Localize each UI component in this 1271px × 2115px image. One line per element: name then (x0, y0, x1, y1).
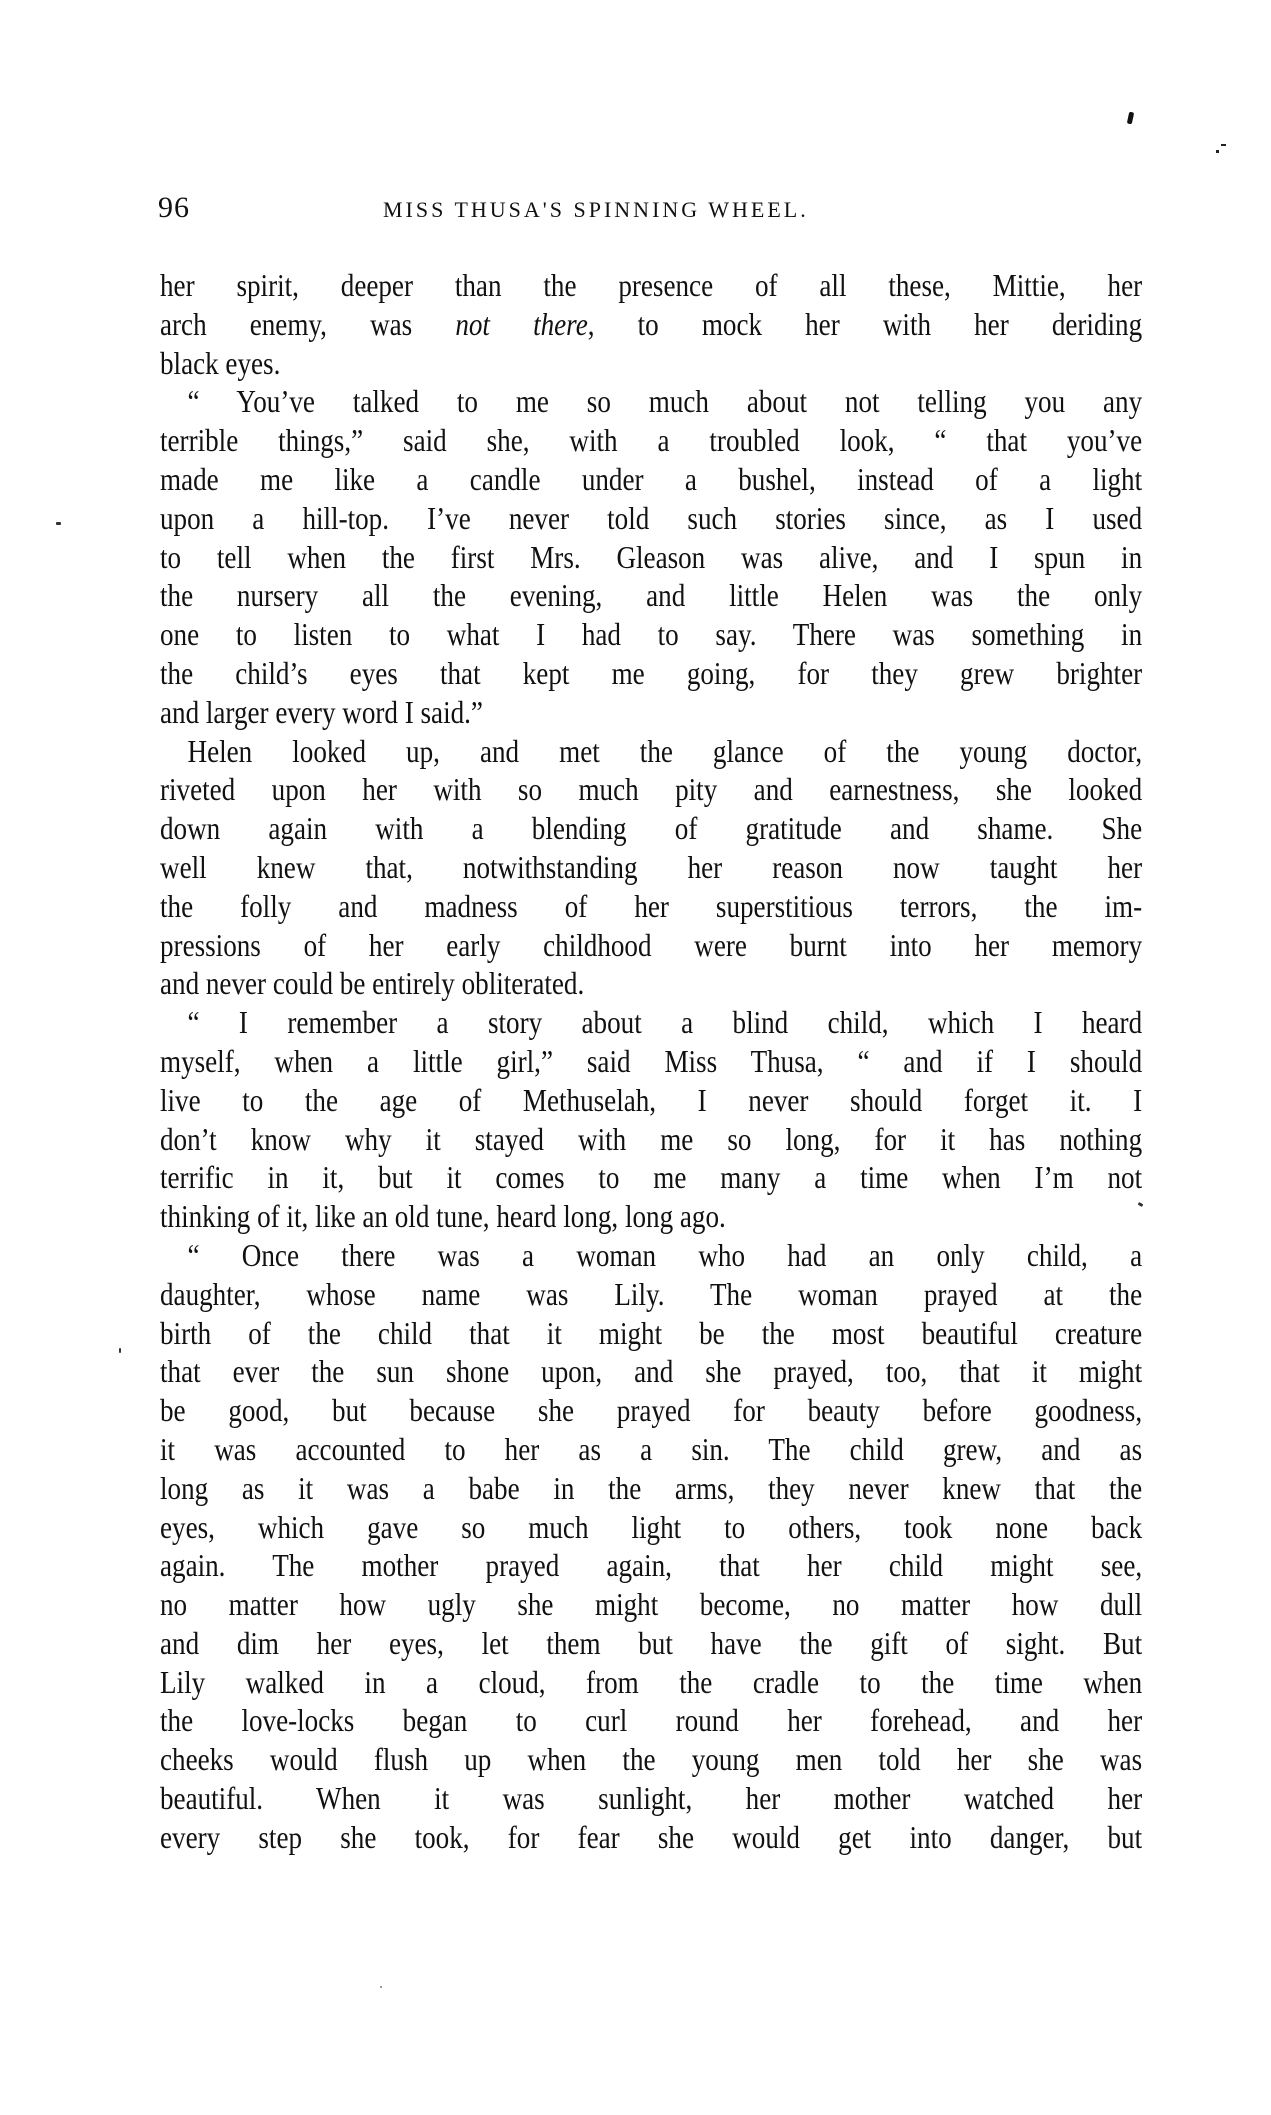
text-line: don’t know why it stayed with me so long… (160, 1121, 1142, 1160)
body-text: her spirit, deeper than the presence of … (160, 267, 1005, 1858)
text-line: the nursery all the evening, and little … (160, 577, 1142, 616)
margin-mark (56, 522, 61, 525)
text-line: the folly and madness of her superstitio… (160, 888, 1142, 927)
text-line: black eyes. (160, 345, 1142, 384)
text-line: it was accounted to her as a sin. The ch… (160, 1431, 1142, 1470)
stray-ink-mark (1127, 112, 1134, 125)
running-head: 96 Miss Thusa's Spinning Wheel. (158, 190, 1138, 226)
text-line: well knew that, notwithstanding her reas… (160, 849, 1142, 888)
text-line: one to listen to what I had to say. Ther… (160, 616, 1142, 655)
text-line: arch enemy, was not there, to mock her w… (160, 306, 1142, 345)
text-line: that ever the sun shone upon, and she pr… (160, 1353, 1142, 1392)
text-line: every step she took, for fear she would … (160, 1819, 1142, 1858)
text-line: myself, when a little girl,” said Miss T… (160, 1043, 1142, 1082)
text-line: down again with a blending of gratitude … (160, 810, 1142, 849)
text-line: long as it was a babe in the arms, they … (160, 1470, 1142, 1509)
text-line: Lily walked in a cloud, from the cradle … (160, 1664, 1142, 1703)
text-line: pressions of her early childhood were bu… (160, 927, 1142, 966)
text-line: cheeks would flush up when the young men… (160, 1741, 1142, 1780)
book-page: 96 Miss Thusa's Spinning Wheel. her spir… (0, 0, 1271, 2115)
text-line: terrible things,” said she, with a troub… (160, 422, 1142, 461)
text-line: and never could be entirely obliterated. (160, 965, 1142, 1004)
text-line: eyes, which gave so much light to others… (160, 1509, 1142, 1548)
page-number: 96 (158, 190, 190, 226)
text-line: no matter how ugly she might become, no … (160, 1586, 1142, 1625)
text-line: live to the age of Methuselah, I never s… (160, 1082, 1142, 1121)
margin-mark (119, 1348, 121, 1353)
italic-emphasis: not there (455, 307, 587, 342)
text-line: riveted upon her with so much pity and e… (160, 771, 1142, 810)
text-line: and dim her eyes, let them but have the … (160, 1625, 1142, 1664)
text-line: Helen looked up, and met the glance of t… (160, 733, 1142, 772)
text-line: again. The mother prayed again, that her… (160, 1547, 1142, 1586)
text-line: be good, but because she prayed for beau… (160, 1392, 1142, 1431)
text-line: daughter, whose name was Lily. The woman… (160, 1276, 1142, 1315)
text-line: to tell when the first Mrs. Gleason was … (160, 539, 1142, 578)
stray-dot (380, 1986, 382, 1988)
text-line: the child’s eyes that kept me going, for… (160, 655, 1142, 694)
text-line: “ You’ve talked to me so much about not … (160, 383, 1142, 422)
text-line: her spirit, deeper than the presence of … (160, 267, 1142, 306)
text-line: “ I remember a story about a blind child… (160, 1004, 1142, 1043)
stray-ink-mark (1216, 143, 1226, 155)
text-line: “ Once there was a woman who had an only… (160, 1237, 1142, 1276)
text-line: and larger every word I said.” (160, 694, 1142, 733)
text-line: made me like a candle under a bushel, in… (160, 461, 1142, 500)
text-line: birth of the child that it might be the … (160, 1315, 1142, 1354)
text-line: terrific in it, but it comes to me many … (160, 1159, 1142, 1198)
text-line: beautiful. When it was sunlight, her mot… (160, 1780, 1142, 1819)
running-head-title: Miss Thusa's Spinning Wheel. (383, 194, 809, 226)
text-line: thinking of it, like an old tune, heard … (160, 1198, 1142, 1237)
text-line: upon a hill-top. I’ve never told such st… (160, 500, 1142, 539)
text-line: the love-locks began to curl round her f… (160, 1702, 1142, 1741)
